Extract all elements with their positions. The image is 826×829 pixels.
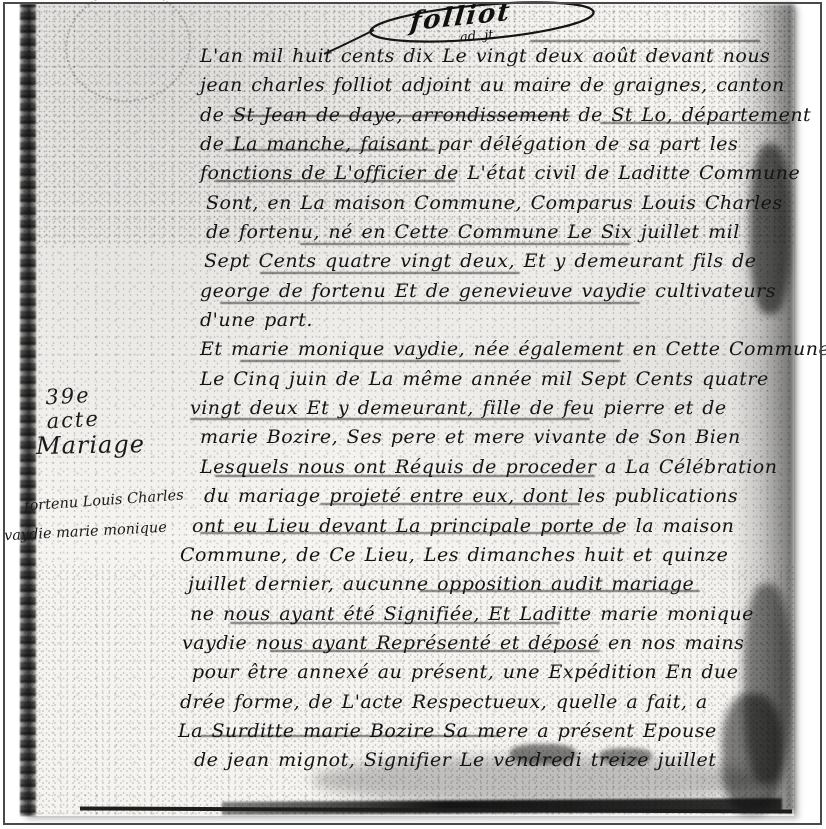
manuscript-line: Commune, de Ce Lieu, Les dimanches huit …: [180, 541, 796, 570]
manuscript-line: Sept Cents quatre vingt deux, Et y demeu…: [204, 247, 796, 276]
manuscript-line: ne nous ayant été Signifiée, Et Laditte …: [190, 600, 796, 629]
manuscript-line: jean charles folliot adjoint au maire de…: [200, 71, 796, 100]
manuscript-line: ont eu Lieu devant La principale porte d…: [192, 512, 796, 541]
manuscript-line: pour être annexé au présent, une Expédit…: [192, 658, 796, 687]
signature-block: folliot ad. jt: [322, 0, 622, 56]
manuscript-line: Sont, en La maison Commune, Comparus Lou…: [206, 189, 796, 218]
manuscript-body: L'an mil huit cents dix Le vingt deux ao…: [200, 42, 796, 776]
manuscript-line: de jean mignot, Signifier Le vendredi tr…: [194, 746, 796, 775]
manuscript-line: vaydie nous ayant Représenté et déposé e…: [182, 629, 796, 658]
manuscript-line: Lesquels nous ont Réquis de proceder a L…: [200, 453, 796, 482]
manuscript-line: george de fortenu Et de genevieuve vaydi…: [200, 277, 796, 306]
margin-act-number: 39e acte: [45, 383, 101, 434]
manuscript-page-scan: folliot ad. jt 39e acte Mariage fortenu …: [22, 4, 794, 816]
manuscript-line: La Surditte marie Bozire Sa mere a prése…: [178, 717, 796, 746]
manuscript-line: de St Jean de daye, arrondissement de St…: [200, 101, 796, 130]
manuscript-line: drée forme, de L'acte Respectueux, quell…: [180, 688, 796, 717]
manuscript-line: Et marie monique vaydie, née également e…: [200, 335, 796, 364]
manuscript-line: juillet dernier, aucunne opposition audi…: [188, 570, 796, 599]
manuscript-line: marie Bozire, Ses pere et mere vivante d…: [200, 423, 796, 452]
margin-act-type: Mariage: [36, 430, 145, 460]
manuscript-line: de La manche, faisant par délégation de …: [200, 130, 796, 159]
manuscript-line: de fortenu, né en Cette Commune Le Six j…: [206, 218, 796, 247]
manuscript-line: fonctions de L'officier de L'état civil …: [200, 159, 796, 188]
margin-groom-name: fortenu Louis Charles: [24, 487, 185, 514]
manuscript-line: du mariage projeté entre eux, dont les p…: [204, 482, 796, 511]
binding-edge: [20, 4, 36, 816]
manuscript-line: Le Cinq juin de La même année mil Sept C…: [200, 365, 796, 394]
manuscript-line: vingt deux Et y demeurant, fille de feu …: [190, 394, 796, 423]
manuscript-line: d'une part.: [200, 306, 796, 335]
signature-adjoint-abbrev: ad. jt: [459, 28, 494, 46]
